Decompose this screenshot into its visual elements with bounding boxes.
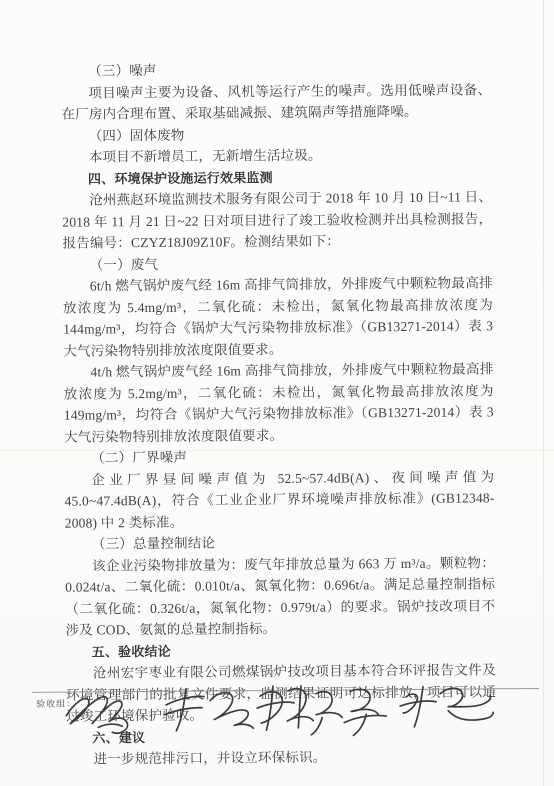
tilted-scan-content: （三）噪声 项目噪声主要为设备、风机等运行产生的噪声。选用低噪声设备、在厂房内合… [0, 0, 554, 786]
paragraph: 沧州燕赵环境监测技术服务有限公司于 2018 年 10 月 10 日~11 日、… [62, 186, 492, 254]
paragraph: 该企业污染物排放量为：废气年排放总量为 663 万 m³/a。颗粒物：0.024… [65, 552, 496, 641]
signature-5 [400, 686, 493, 727]
paragraph: 进一步规范排污口，并设立环保标识。 [66, 745, 496, 770]
document-body: （三）噪声 项目噪声主要为设备、风机等运行产生的噪声。选用低噪声设备、在厂房内合… [61, 57, 497, 770]
handwritten-signatures [54, 676, 495, 747]
signature-3 [257, 685, 342, 735]
paragraph: 6t/h 燃气锅炉废气经 16m 高排气筒排放，外排废气中颗粒物最高排放浓度为 … [63, 272, 494, 361]
signature-2 [164, 688, 253, 731]
signature-1 [66, 697, 128, 734]
paragraph: 企业厂界昼间噪声值为 52.5~57.4dB(A)、夜间噪声值为 45.0~47… [64, 466, 494, 534]
signature-4 [344, 689, 386, 735]
scanned-document-page: （三）噪声 项目噪声主要为设备、风机等运行产生的噪声。选用低噪声设备、在厂房内合… [0, 0, 554, 786]
paragraph: 项目噪声主要为设备、风机等运行产生的噪声。选用低噪声设备、在厂房内合理布置、采取… [61, 79, 491, 125]
paragraph: 4t/h 燃气锅炉废气经 16m 高排气筒排放，外排废气中颗粒物最高排放浓度为 … [63, 358, 494, 447]
